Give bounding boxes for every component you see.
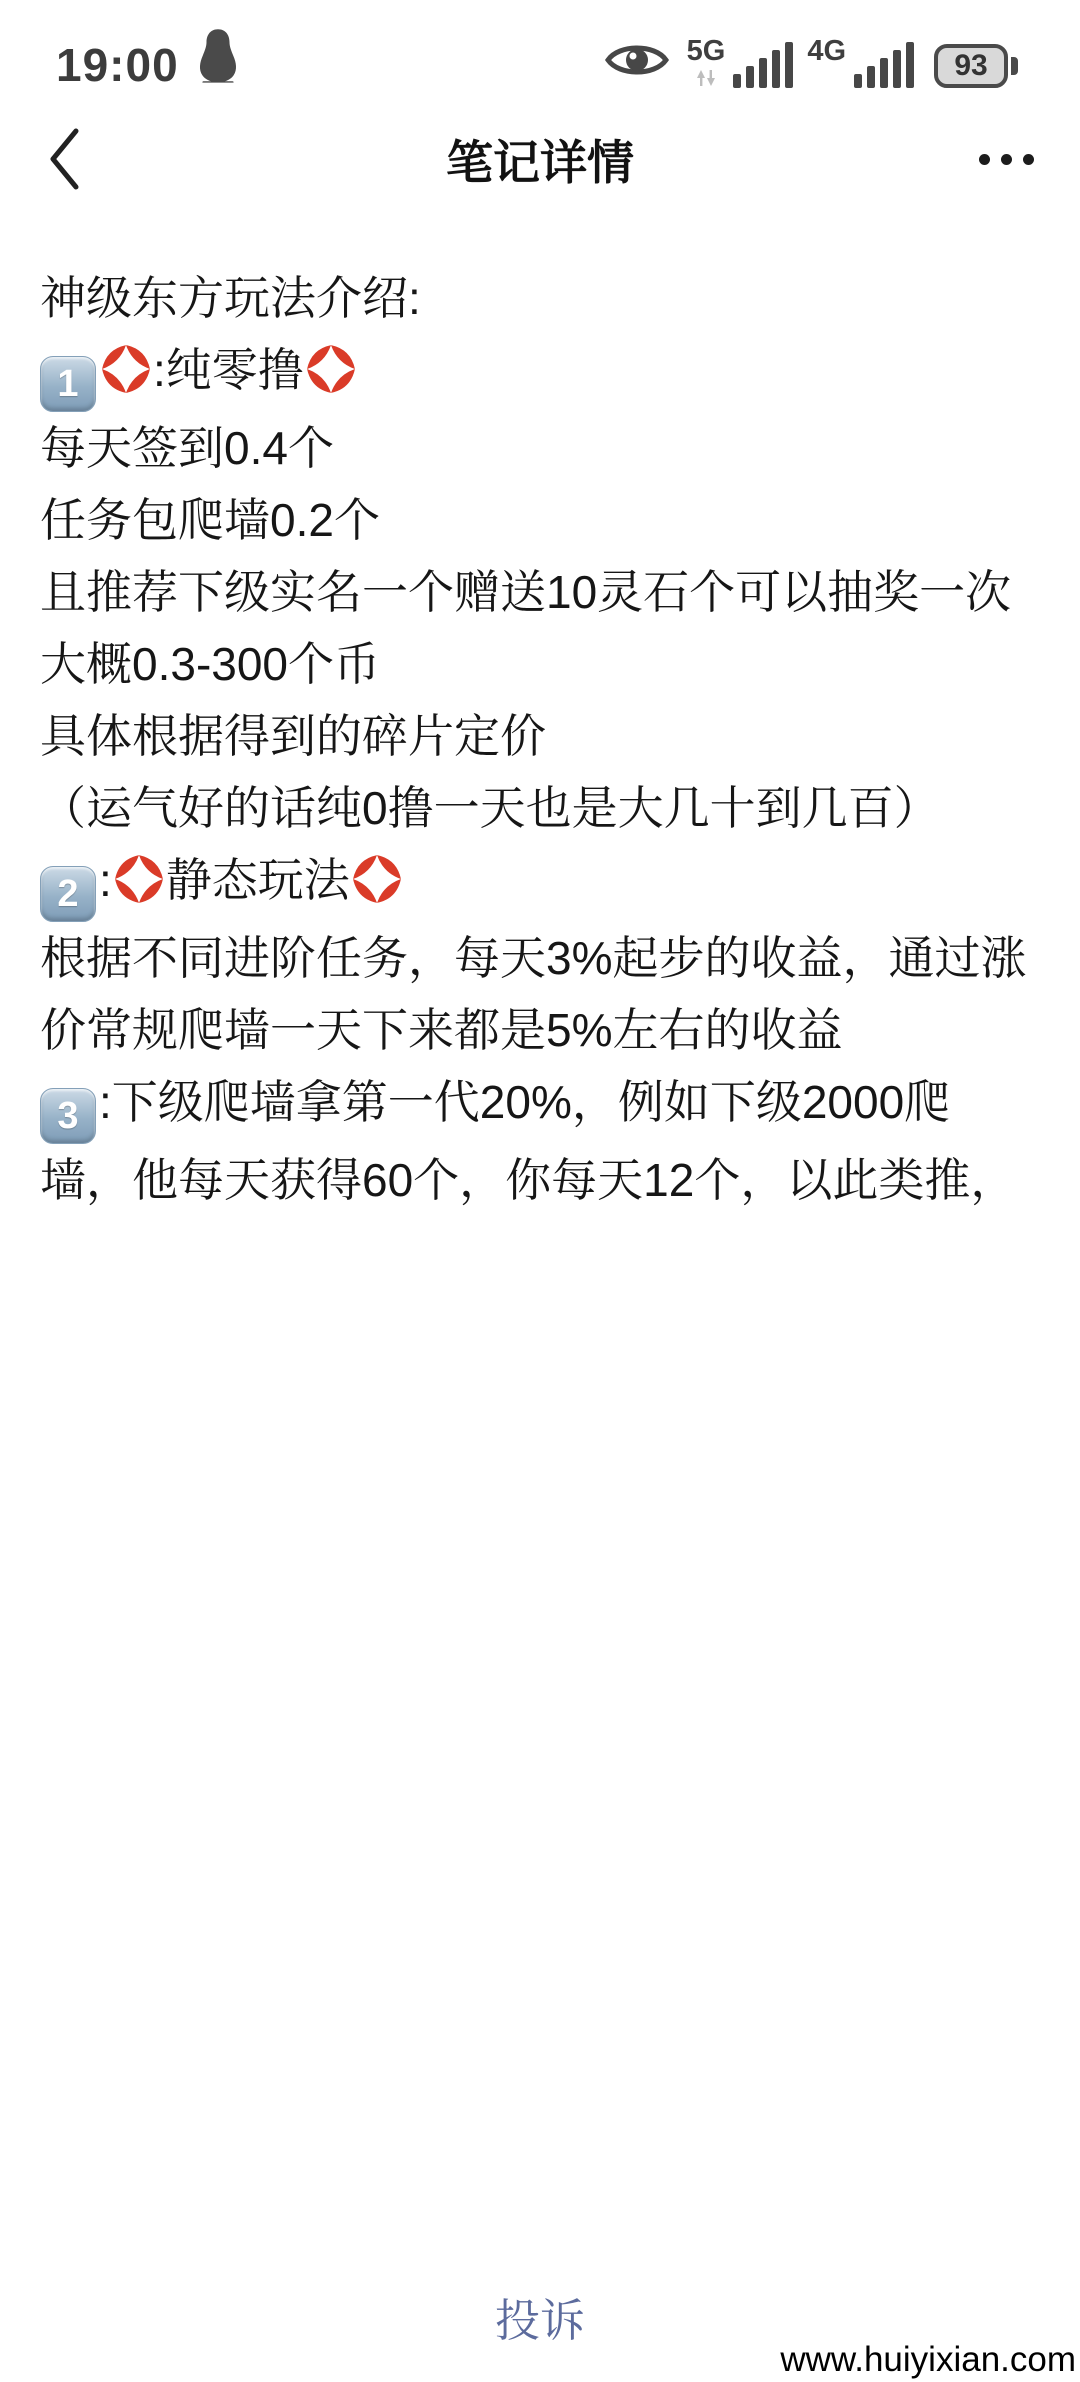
qq-penguin-notification-icon: [195, 27, 241, 88]
note-text: 神级东方玩法介绍:: [40, 272, 421, 324]
note-line: 每天签到0.4个: [40, 412, 1042, 484]
anger-symbol-emoji: [113, 853, 165, 905]
note-text: 具体根据得到的碎片定价: [40, 710, 546, 762]
signal-bars-4g: [849, 42, 914, 88]
network-5g-label: 5G: [687, 37, 726, 66]
anger-symbol-emoji: [351, 853, 403, 905]
note-text: :下级爬墙拿第一代20%，例如下级2000爬墙，他每天获得60个，你每天12个，…: [40, 1076, 1016, 1206]
status-left: 19:00: [56, 27, 241, 88]
note-line: 2:静态玩法: [40, 844, 1042, 922]
signal-5g-indicator: 5G: [687, 37, 794, 88]
note-content: 神级东方玩法介绍:1:纯零撸每天签到0.4个任务包爬墙0.2个且推荐下级实名一个…: [0, 218, 1080, 1216]
note-line: （运气好的话纯0撸一天也是大几十到几百）: [40, 772, 1042, 844]
note-text: 且推荐下级实名一个赠送10灵石个可以抽奖一次大概0.3-300个币: [40, 566, 1011, 690]
status-time: 19:00: [56, 42, 179, 88]
network-4g-label: 4G: [807, 37, 846, 66]
battery-percent: 93: [954, 51, 987, 81]
battery-indicator: 93: [934, 44, 1018, 88]
data-arrows-icon: [694, 68, 718, 88]
anger-symbol-emoji: [305, 343, 357, 395]
nav-bar: 笔记详情: [0, 100, 1080, 218]
watermark: www.huiyixian.com: [780, 2340, 1076, 2380]
signal-bars-5g: [728, 42, 793, 88]
note-text: 根据不同进阶任务，每天3%起步的收益，通过涨价常规爬墙一天下来都是5%左右的收益: [40, 932, 1026, 1056]
battery-body: 93: [934, 44, 1008, 88]
signal-4g-indicator: 4G: [807, 37, 914, 88]
keycap-2-emoji: 2: [40, 866, 96, 922]
eye-comfort-icon: [605, 39, 669, 86]
back-icon[interactable]: [46, 127, 82, 191]
note-line: 根据不同进阶任务，每天3%起步的收益，通过涨价常规爬墙一天下来都是5%左右的收益: [40, 922, 1042, 1066]
battery-nub: [1011, 57, 1018, 75]
note-text: 任务包爬墙0.2个: [40, 494, 380, 546]
status-bar: 19:00 5G: [0, 0, 1080, 100]
note-text: 静态玩法: [166, 854, 350, 906]
note-text: 每天签到0.4个: [40, 422, 334, 474]
note-line: 3:下级爬墙拿第一代20%，例如下级2000爬墙，他每天获得60个，你每天12个…: [40, 1066, 1042, 1216]
note-text: :: [99, 854, 112, 906]
note-line: 具体根据得到的碎片定价: [40, 700, 1042, 772]
note-line: 且推荐下级实名一个赠送10灵石个可以抽奖一次大概0.3-300个币: [40, 556, 1042, 700]
note-text: :纯零撸: [153, 344, 304, 396]
phone-screen: 19:00 5G: [0, 0, 1080, 2382]
note-line: 任务包爬墙0.2个: [40, 484, 1042, 556]
keycap-1-emoji: 1: [40, 356, 96, 412]
note-text: （运气好的话纯0撸一天也是大几十到几百）: [40, 782, 940, 834]
status-right: 5G 4G: [605, 37, 1018, 88]
note-line: 神级东方玩法介绍:: [40, 262, 1042, 334]
more-options-icon[interactable]: [968, 154, 1034, 165]
page-title: 笔记详情: [0, 126, 1080, 193]
keycap-3-emoji: 3: [40, 1088, 96, 1144]
note-line: 1:纯零撸: [40, 334, 1042, 412]
anger-symbol-emoji: [100, 343, 152, 395]
